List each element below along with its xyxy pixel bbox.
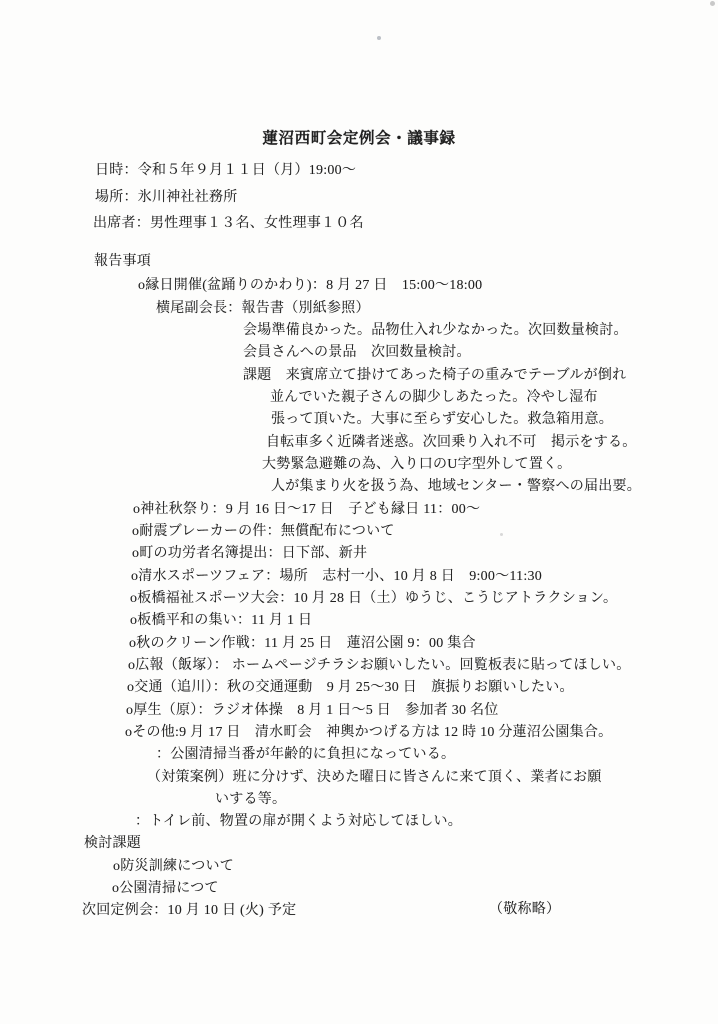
document-line: o秋のクリーン作戦：11 月 25 日 蓮沼公園 9：00 集合: [129, 635, 476, 653]
scan-speck: [710, 1, 715, 6]
document-line: o清水スポーツフェア：場所 志村一小、10 月 8 日 9:00～11:30: [131, 568, 542, 586]
document-line: 次回定例会：10 月 10 日 (火) 予定: [82, 902, 296, 920]
document-line: 出席者：男性理事１３名、女性理事１０名: [93, 215, 364, 233]
document-line: o交通（追川）：秋の交通運動 9 月 25～30 日 旗振りお願いしたい。: [127, 679, 574, 697]
document-title: 蓮沼西町会定例会・議事録: [0, 126, 718, 148]
scanned-minutes-page: 蓮沼西町会定例会・議事録 日時：令和５年９月１１日（月）19:00～場所：氷川神…: [0, 0, 718, 1024]
document-line: 課題 来賓席立て掛けてあった椅子の重みでテーブルが倒れ: [243, 367, 626, 385]
document-line: 横尾副会長：報告書（別紙参照）: [156, 300, 370, 318]
document-line: 並んでいた親子さんの脚少しあたった。冷やし湿布: [270, 389, 598, 407]
document-line: ：トイレ前、物置の扉が開くよう対応してほしい。: [135, 813, 462, 831]
document-line: いする等。: [215, 791, 286, 809]
document-line: o縁日開催(盆踊りのかわり)：8 月 27 日 15:00～18:00: [138, 277, 482, 295]
document-line: 場所：氷川神社社務所: [95, 189, 238, 207]
scan-speck: [500, 533, 503, 536]
document-line: o厚生（原）：ラジオ体操 8 月 1 日～5 日 参加者 30 名位: [126, 702, 499, 720]
document-line: （敬称略）: [489, 901, 560, 919]
scan-speck: [547, 780, 550, 783]
document-line: o板橋福祉スポーツ大会：10 月 28 日（土）ゆうじ、こうじアトラクション。: [130, 590, 617, 608]
document-line: 会場準備良かった。品物仕入れ少なかった。次回数量検討。: [243, 322, 628, 340]
document-line: o板橋平和の集い：11 月 1 日: [130, 612, 312, 630]
document-line: 検討課題: [84, 835, 141, 853]
scan-speck: [399, 432, 401, 434]
document-line: o広報（飯塚）： ホームページチラシお願いしたい。回覧板表に貼ってほしい。: [128, 657, 630, 675]
document-line: 会員さんへの景品 次回数量検討。: [243, 344, 471, 362]
document-line: ：公園清掃当番が年齢的に負担になっている。: [156, 746, 455, 764]
scan-speck: [377, 36, 381, 40]
document-line: 大勢緊急避難の為、入り口のU字型外して置く。: [262, 456, 571, 474]
document-line: o神社秋祭り：9 月 16 日～17 日 子ども縁日 11：00～: [133, 501, 480, 519]
document-line: o耐震ブレーカーの件：無償配布について: [132, 523, 395, 541]
document-line: 報告事項: [94, 253, 151, 271]
document-line: 日時：令和５年９月１１日（月）19:00～: [95, 162, 356, 180]
document-line: 人が集まり火を扱う為、地域センター・警察への届出要。: [271, 478, 641, 496]
document-line: o町の功労者名簿提出：日下部、新井: [132, 545, 367, 563]
document-line: o防災訓練について: [113, 858, 234, 876]
document-line: 張って頂いた。大事に至らず安心した。救急箱用意。: [271, 411, 613, 429]
document-line: （対策案例）班に分けず、決めた曜日に皆さんに来て頂く、業者にお願: [147, 769, 602, 787]
document-line: o公園清掃につて: [112, 880, 219, 898]
document-line: 自転車多く近隣者迷惑。次回乗り入れ不可 掲示をする。: [266, 434, 637, 452]
document-line: oその他:9 月 17 日 清水町会 神輿かつげる方は 12 時 10 分蓮沼公…: [125, 724, 612, 742]
